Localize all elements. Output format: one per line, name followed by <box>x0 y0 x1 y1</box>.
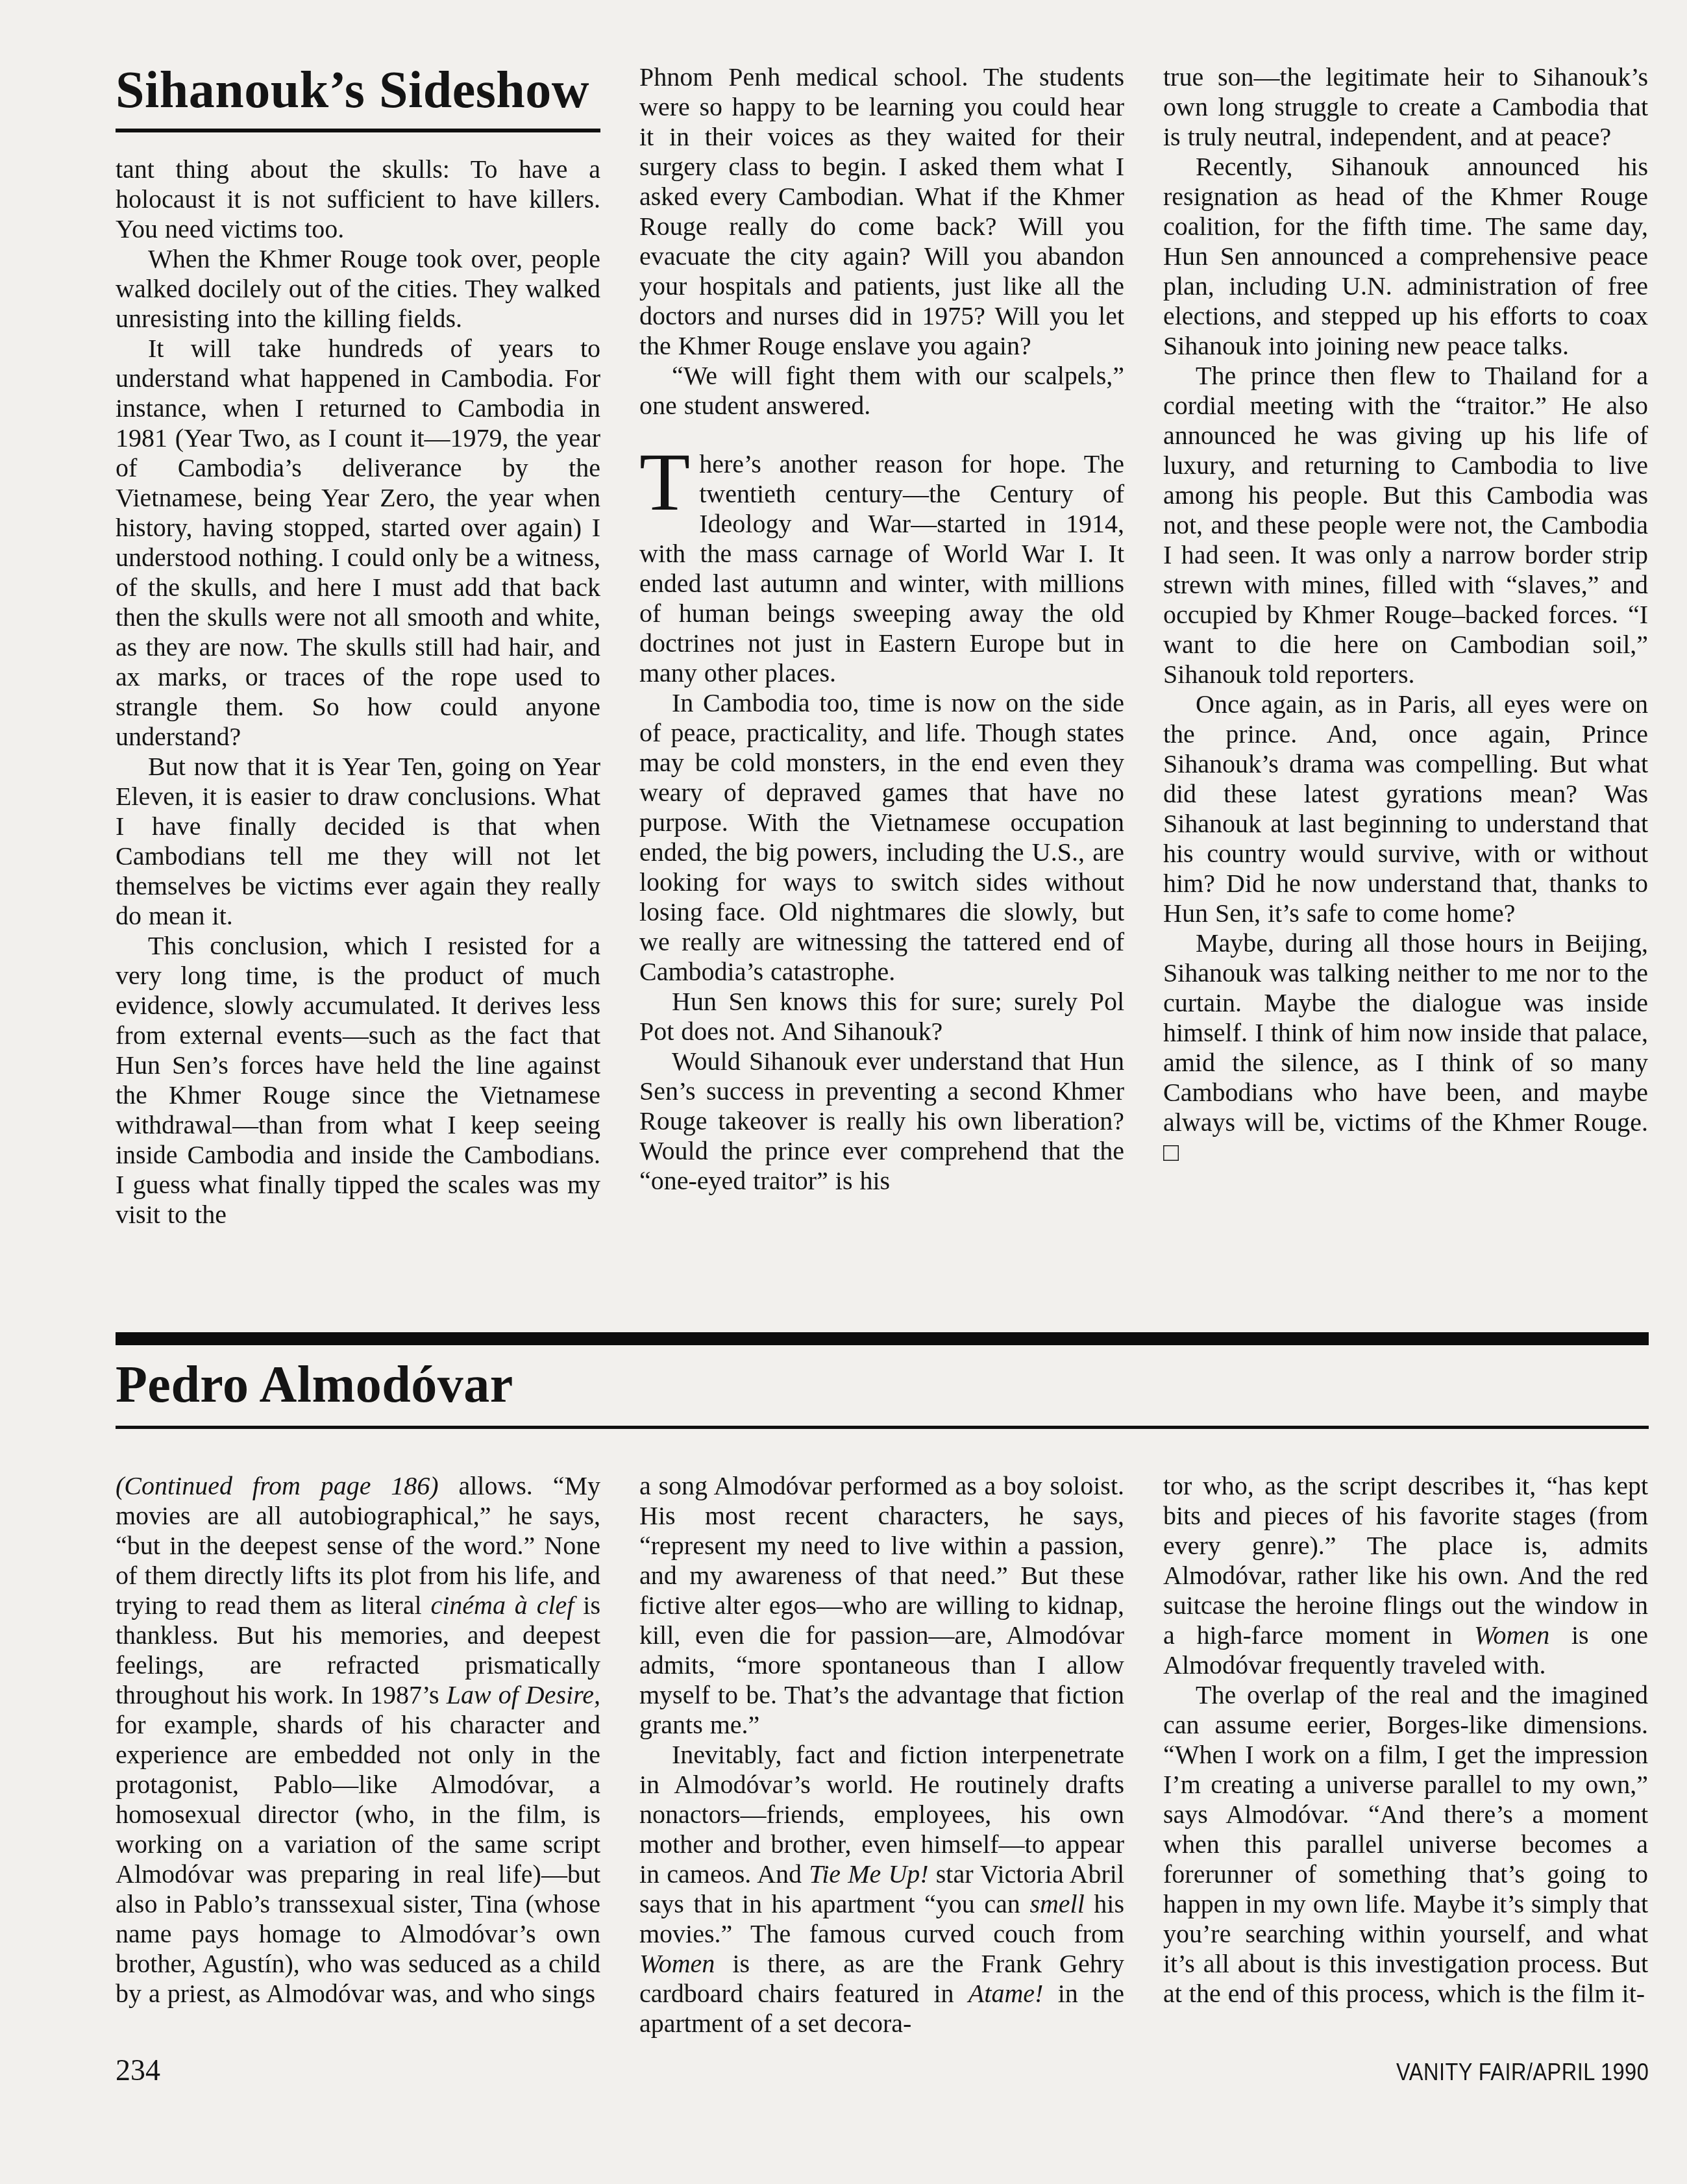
text-run: In Cambodia too, time is now on the side… <box>639 688 1124 986</box>
article-pedro-almodovar: (Continued from page 186) allows. “My mo… <box>116 1471 1649 2039</box>
text-run: This conclusion, which I resisted for a … <box>116 931 600 1229</box>
paragraph: Recently, Sihanouk announced his resigna… <box>1163 152 1648 361</box>
paragraph: “We will fight them with our scalpels,” … <box>639 361 1124 421</box>
text-run-italic: Tie Me Up! <box>809 1859 928 1889</box>
paragraph: But now that it is Year Ten, going on Ye… <box>116 752 600 931</box>
text-run: Maybe, during all those hours in Beijing… <box>1163 928 1648 1167</box>
paragraph: The prince then flew to Thailand for a c… <box>1163 361 1648 689</box>
text-run: The overlap of the real and the imagined… <box>1163 1680 1648 2008</box>
text-run: true son—the legitimate heir to Sihanouk… <box>1163 62 1648 151</box>
page-footer: 234 VANITY FAIR/APRIL 1990 <box>116 2053 1649 2087</box>
text-run-italic: smell <box>1029 1889 1084 1918</box>
text-run: Phnom Penh medical school. The students … <box>639 62 1124 360</box>
paragraph: Once again, as in Paris, all eyes were o… <box>1163 689 1648 928</box>
paragraph: tor who, as the script describes it, “ha… <box>1163 1471 1648 1680</box>
article2-column-3: tor who, as the script describes it, “ha… <box>1163 1471 1648 2039</box>
paragraph: It will take hundreds of years to unders… <box>116 334 600 752</box>
drop-cap: T <box>639 452 690 512</box>
text-run: It will take hundreds of years to unders… <box>116 334 600 751</box>
paragraph: Maybe, during all those hours in Beijing… <box>1163 928 1648 1167</box>
paragraph: Inevitably, fact and fiction interpenetr… <box>639 1740 1124 2039</box>
text-run-italic: Women <box>639 1949 715 1978</box>
text-run: here’s another reason for hope. The twen… <box>639 449 1124 688</box>
paragraph: tant thing about the skulls: To have a h… <box>116 155 600 244</box>
text-run: When the Khmer Rouge took over, people w… <box>116 244 600 333</box>
section-divider-bar <box>116 1332 1649 1345</box>
magazine-credit: VANITY FAIR/APRIL 1990 <box>1396 2059 1649 2086</box>
paragraph: This conclusion, which I resisted for a … <box>116 931 600 1230</box>
text-run: The prince then flew to Thailand for a c… <box>1163 361 1648 689</box>
article1-title: Sihanouk’s Sideshow <box>116 62 600 118</box>
text-run: Once again, as in Paris, all eyes were o… <box>1163 689 1648 928</box>
paragraph: (Continued from page 186) allows. “My mo… <box>116 1471 600 2009</box>
text-run-italic: Law of Desire, <box>447 1680 600 1709</box>
article1-column-2: Phnom Penh medical school. The students … <box>639 62 1124 1230</box>
paragraph: When the Khmer Rouge took over, people w… <box>116 244 600 334</box>
article1-title-rule <box>116 129 600 132</box>
text-run: for example, shards of his character and… <box>116 1710 600 2008</box>
text-run: Would Sihanouk ever understand that Hun … <box>639 1047 1124 1195</box>
article1-column-1: Sihanouk’s Sideshow tant thing about the… <box>116 62 600 1230</box>
text-run-italic: Atame! <box>968 1979 1044 2008</box>
paragraph: a song Almodóvar performed as a boy solo… <box>639 1471 1124 1740</box>
article-sihanouks-sideshow: Sihanouk’s Sideshow tant thing about the… <box>116 62 1649 1230</box>
article1-header: Sihanouk’s Sideshow <box>116 62 600 132</box>
text-run-italic: cinéma à clef <box>430 1591 574 1620</box>
text-run: tant thing about the skulls: To have a h… <box>116 155 600 243</box>
article2-columns: (Continued from page 186) allows. “My mo… <box>116 1471 1649 2039</box>
paragraph: true son—the legitimate heir to Sihanouk… <box>1163 62 1648 152</box>
magazine-page: Sihanouk’s Sideshow tant thing about the… <box>0 0 1687 2184</box>
paragraph: The overlap of the real and the imagined… <box>1163 1680 1648 2009</box>
text-run-italic: Women <box>1474 1620 1549 1650</box>
article2-title: Pedro Almodóvar <box>116 1357 1649 1413</box>
text-run-italic: (Continued from page 186) <box>116 1471 439 1500</box>
paragraph: Hun Sen knows this for sure; surely Pol … <box>639 987 1124 1047</box>
article1-column-3: true son—the legitimate heir to Sihanouk… <box>1163 62 1648 1230</box>
article2-column-2: a song Almodóvar performed as a boy solo… <box>639 1471 1124 2039</box>
text-run: Recently, Sihanouk announced his resigna… <box>1163 152 1648 360</box>
paragraph: In Cambodia too, time is now on the side… <box>639 688 1124 987</box>
paragraph: Would Sihanouk ever understand that Hun … <box>639 1047 1124 1196</box>
text-run: a song Almodóvar performed as a boy solo… <box>639 1471 1124 1739</box>
text-run: But now that it is Year Ten, going on Ye… <box>116 752 600 930</box>
article1-columns: Sihanouk’s Sideshow tant thing about the… <box>116 62 1649 1230</box>
text-run: “We will fight them with our scalpels,” … <box>639 361 1124 420</box>
text-run: Hun Sen knows this for sure; surely Pol … <box>639 987 1124 1046</box>
paragraph: Phnom Penh medical school. The students … <box>639 62 1124 361</box>
article2-column-1: (Continued from page 186) allows. “My mo… <box>116 1471 600 2039</box>
page-number: 234 <box>116 2053 160 2087</box>
section-divider-rule <box>116 1426 1649 1429</box>
paragraph: There’s another reason for hope. The twe… <box>639 449 1124 688</box>
article2-heading-block: Pedro Almodóvar <box>116 1332 1649 1429</box>
